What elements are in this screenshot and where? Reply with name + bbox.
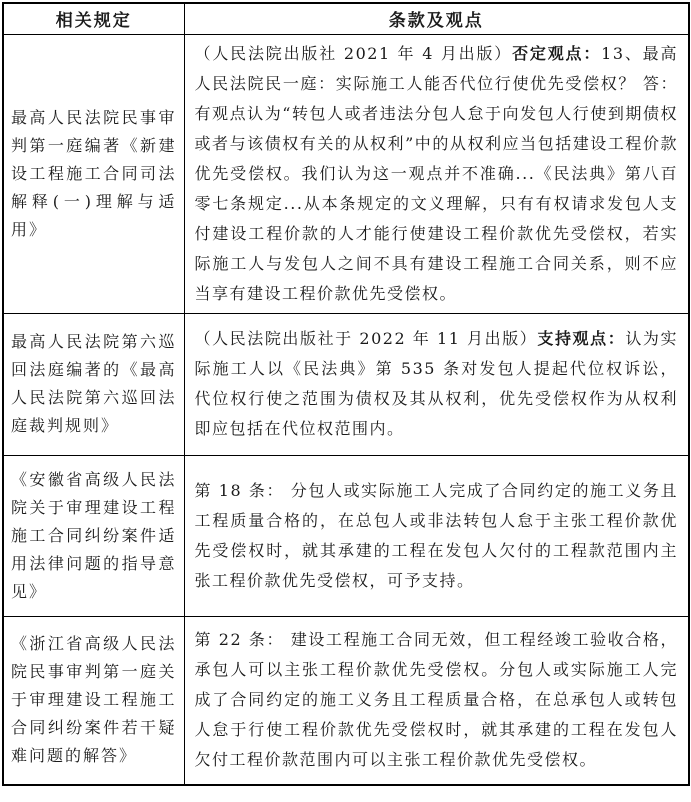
header-row: 相关规定 条款及观点 bbox=[3, 3, 689, 34]
header-provisions: 条款及观点 bbox=[184, 3, 689, 34]
table-row: 最高人民法院民事审判第一庭编著《新建设工程施工合同司法解释(一)理解与适用》 （… bbox=[3, 34, 689, 313]
provision-text: 13、最高人民法院民一庭：实际施工人能否代位行使优先受偿权？ 答：有观点认为“转… bbox=[195, 44, 679, 303]
document-page: 相关规定 条款及观点 最高人民法院民事审判第一庭编著《新建设工程施工合同司法解释… bbox=[0, 0, 691, 802]
table-row: 《安徽省高级人民法院关于审理建设工程施工合同纠纷案件适用法律问题的指导意见》 第… bbox=[3, 455, 689, 616]
regulations-table: 相关规定 条款及观点 最高人民法院民事审判第一庭编著《新建设工程施工合同司法解释… bbox=[2, 2, 690, 786]
regulation-cell: 《安徽省高级人民法院关于审理建设工程施工合同纠纷案件适用法律问题的指导意见》 bbox=[3, 455, 184, 616]
viewpoint-label: 否定观点： bbox=[512, 44, 601, 63]
regulation-cell: 《浙江省高级人民法院民事审判第一庭关于审理建设工程施工合同纠纷案件若干疑难问题的… bbox=[3, 616, 184, 785]
header-regulation: 相关规定 bbox=[3, 3, 184, 34]
provision-text: （人民法院出版社 2021 年 4 月出版） bbox=[195, 44, 513, 63]
provision-text: （人民法院出版社于 2022 年 11 月出版） bbox=[195, 329, 538, 348]
provision-cell: 第 22 条： 建设工程施工合同无效，但工程经竣工验收合格，承包人可以主张工程价… bbox=[184, 616, 689, 785]
provision-text: 第 18 条： 分包人或实际施工人完成了合同约定的施工义务且工程质量合格的，在总… bbox=[195, 481, 679, 590]
provision-cell: （人民法院出版社于 2022 年 11 月出版）支持观点：认为实际施工人以《民法… bbox=[184, 313, 689, 455]
table-header: 相关规定 条款及观点 bbox=[3, 3, 689, 34]
regulation-cell: 最高人民法院民事审判第一庭编著《新建设工程施工合同司法解释(一)理解与适用》 bbox=[3, 34, 184, 313]
regulation-cell: 最高人民法院第六巡回法庭编著的《最高人民法院第六巡回法庭裁判规则》 bbox=[3, 313, 184, 455]
provision-text: 第 22 条： 建设工程施工合同无效，但工程经竣工验收合格，承包人可以主张工程价… bbox=[195, 630, 679, 769]
table-row: 《浙江省高级人民法院民事审判第一庭关于审理建设工程施工合同纠纷案件若干疑难问题的… bbox=[3, 616, 689, 785]
provision-cell: 第 18 条： 分包人或实际施工人完成了合同约定的施工义务且工程质量合格的，在总… bbox=[184, 455, 689, 616]
provision-cell: （人民法院出版社 2021 年 4 月出版）否定观点：13、最高人民法院民一庭：… bbox=[184, 34, 689, 313]
viewpoint-label: 支持观点： bbox=[537, 329, 625, 348]
table-body: 最高人民法院民事审判第一庭编著《新建设工程施工合同司法解释(一)理解与适用》 （… bbox=[3, 34, 689, 785]
table-row: 最高人民法院第六巡回法庭编著的《最高人民法院第六巡回法庭裁判规则》 （人民法院出… bbox=[3, 313, 689, 455]
